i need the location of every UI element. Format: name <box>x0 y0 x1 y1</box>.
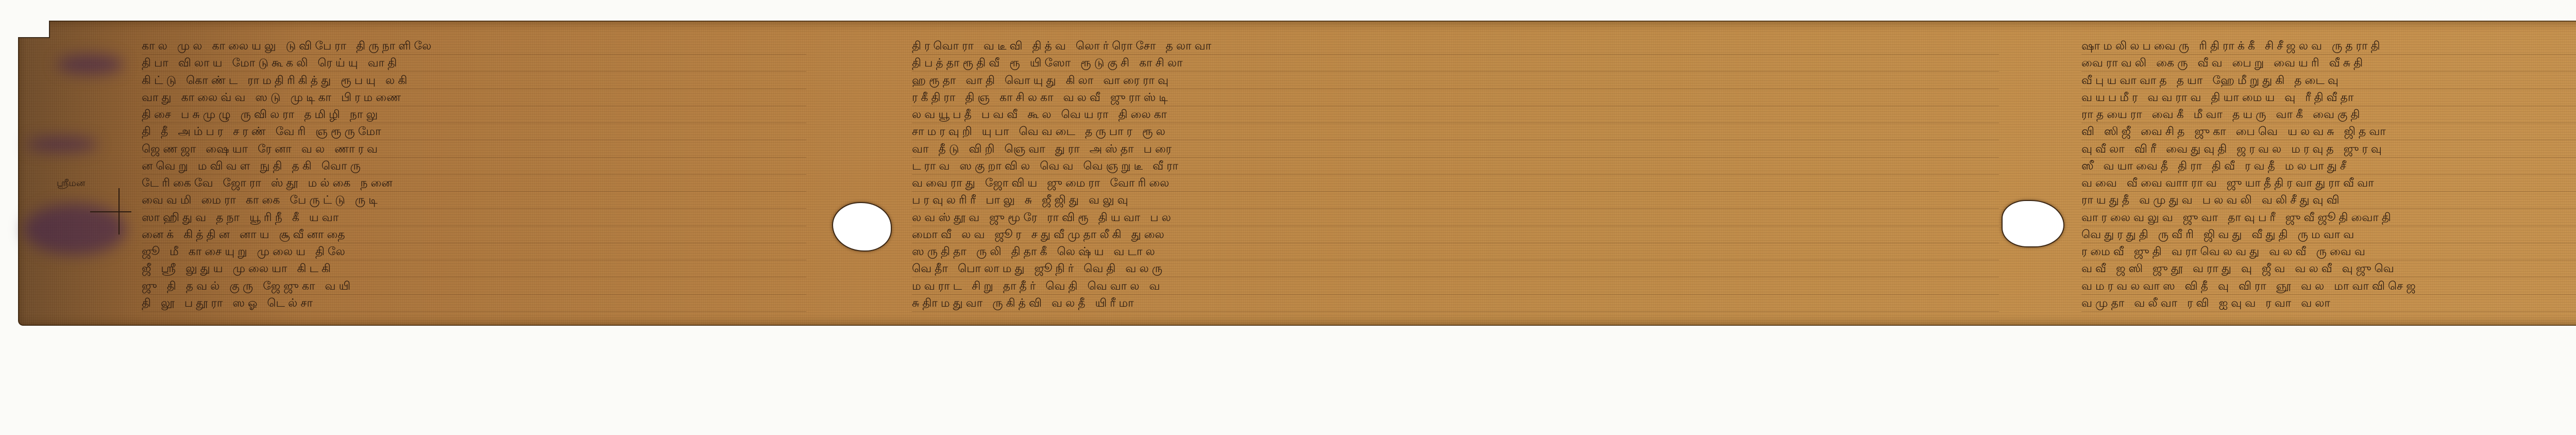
script-line: வவைராது ஜோவிய ஜுமைரா வோரிலை <box>912 176 1999 192</box>
script-line: ராதயைரா வைகீ மீவா தயரு வாகீ வைகுதி <box>2081 107 2576 123</box>
script-line: ஷாமலிலபவைரு ரிதிராக்கீ சிசீஜலவ ருதராதி <box>2081 39 2576 55</box>
script-line: டராவ ஸகுறாவில வெவ வெஞறுடீ வீரா <box>912 159 1999 175</box>
script-line: வாரலைவலுவ ஜுவா தாவுபரீ ஜுவீஜூதிவைாதி <box>2081 210 2576 226</box>
script-line: டேரிகைவே ஜோரா ஸ்தூ மல்கை நனை <box>142 176 806 192</box>
script-line: ஸாஹிதுவ தநா யூரிநீ கீ யவா <box>142 210 806 226</box>
script-line: கிட்டு கொண்ட ராமதிரிகித்து ரூபயு லகி <box>142 73 806 89</box>
left-text-block: கால முல காலையலு டுவிபேரா திருநாளிலே திபா… <box>142 39 806 312</box>
script-line: மைாவீ லவ ஜூர சதுவீமுதாலீகி துலை <box>912 227 1999 243</box>
script-line: னைக் கித்தின னாய சூவீனாதை <box>142 227 806 243</box>
script-line: வெதுரதுதி ருவீரி ஜிவது வீதுதி ருமவாவ <box>2081 227 2576 243</box>
middle-text-block: திரவொரா வடீவி தித்வ லொர்ரொசோ தலாவா திபத்… <box>912 39 1999 312</box>
script-line: ரமைவீ ஜுதி வராவெலவது வலவீ ருவைவ <box>2081 244 2576 260</box>
script-line: வெதீா பொலாமது ஜூநிர் வெதி வலரு <box>912 261 1999 277</box>
script-line: வைவமி மைரா காகை பேருட்டு ருடி <box>142 193 806 209</box>
script-line: வீபுயவாவாத தயா ஹேமீறுதுகி தடைவு <box>2081 73 2576 89</box>
ink-stain-top <box>57 54 124 75</box>
script-line: வவீ ஜஸி ஜுதூ வராது வு ஜீவ வலவீ வுஜுவெ <box>2081 261 2576 277</box>
leaf-corner-notch <box>18 21 50 38</box>
script-line: லவயூபதீ பவவீ கூல வெயரா திலைகா <box>912 107 1999 123</box>
margin-cross-mark <box>90 211 131 212</box>
script-line: னவெறு மவிவள நுதி தகி வொரு <box>142 159 806 175</box>
script-line: திபத்தாரூதிவீ ரூ யிஸோ ரூடுகுசி காசிலா <box>912 56 1999 72</box>
script-line: வைராவலி கைரு வீவ பைறு வையரி வீசுதி <box>2081 56 2576 72</box>
script-line: திபா விலாய மோடுகூகலி ரெய்யு வாதி <box>142 56 806 72</box>
script-line: ஜூ மீ காசையுறு முலைய திலே <box>142 244 806 260</box>
script-line: வாது காலைவ்வ ஸடு முடிகா பிரமணை <box>142 90 806 106</box>
script-line: சுதிாமதுவா ருகித்வி வலதீ யிரீமா <box>912 296 1999 312</box>
script-line: பரவுலரிரீ பாலு சு ஜீஜிது வலுவு <box>912 193 1999 209</box>
script-line: வவை வீவைவாாராவ ஜுயாதீதிரவாதுராவீவா <box>2081 176 2576 192</box>
script-line: ஜு தி தவல் குரு ஜேஜுகா வயி <box>142 279 806 295</box>
right-text-block: ஷாமலிலபவைரு ரிதிராக்கீ சிசீஜலவ ருதராதி வ… <box>2081 39 2576 312</box>
script-line: ஜீ ஶ்ரீ லுதுய முலையா கிடகி <box>142 261 806 277</box>
script-line: வமரவலவாஸ விதீ வு விரா ஞூ வல மாவாவிசெஜ <box>2081 279 2576 295</box>
script-line: வமுதா வலீவா ரவி ஐவுவ ரவா வலா <box>2081 296 2576 312</box>
script-line: ஜெணஜா ஷையா ரேனா வல ணாரவ <box>142 142 806 158</box>
script-line: சாமரவுறி யுபா வெவடை தருபார ரூல <box>912 124 1999 140</box>
margin-annotation: ஸ்ரீமன <box>57 178 85 190</box>
script-line: ஹரூதா வாதி வொயுது கிலா வாரைராவு <box>912 73 1999 89</box>
script-line: ராயதுதீ வமுதுவ பலவலி வலிசீதுவுவி <box>2081 193 2576 209</box>
script-line: கால முல காலையலு டுவிபேரா திருநாளிலே <box>142 39 806 55</box>
script-line: ஸீ வயாவைதீ திரா திவீ ரவதீ மலபாதுசீ <box>2081 159 2576 175</box>
script-line: வி ஸிஜீ வைசித ஜுகா பைவெ யலவசு ஜிதவா <box>2081 124 2576 140</box>
script-line: லவஸ்தூவ ஜுமூரே ராவிரூ தியவா பல <box>912 210 1999 226</box>
script-line: திரவொரா வடீவி தித்வ லொர்ரொசோ தலாவா <box>912 39 1999 55</box>
ink-stain-middle <box>26 137 98 152</box>
script-line: தி தீ அம்பர சரண் வேரி ஞரூருமோ <box>142 124 806 140</box>
script-line: தி லூ பதூரா ஸஓ டெல்சா <box>142 296 806 312</box>
script-line: வுவீலா விரீ வைதுவுதி ஜரவல மரவுத ஜுரவு <box>2081 142 2576 158</box>
script-line: வா தீடு விறி ஞெவா துரா அஸ்தா பரை <box>912 142 1999 158</box>
script-line: வயபமீர வவராவ தியாமைய வு ரீதிவீதா <box>2081 90 2576 106</box>
script-line: ஸருதிதா ருலி திதாகீ லெஷ்ய வடால <box>912 244 1999 260</box>
script-line: திசை பசுமுழு ருவிலரா தமிழி நாலு <box>142 107 806 123</box>
script-line: மவராட சிறு தாதீர் வெதி வெவால வ <box>912 279 1999 295</box>
script-line: ரகீதிரா திஞ காசிலகா வலவீ ஜுராஸ்டி <box>912 90 1999 106</box>
